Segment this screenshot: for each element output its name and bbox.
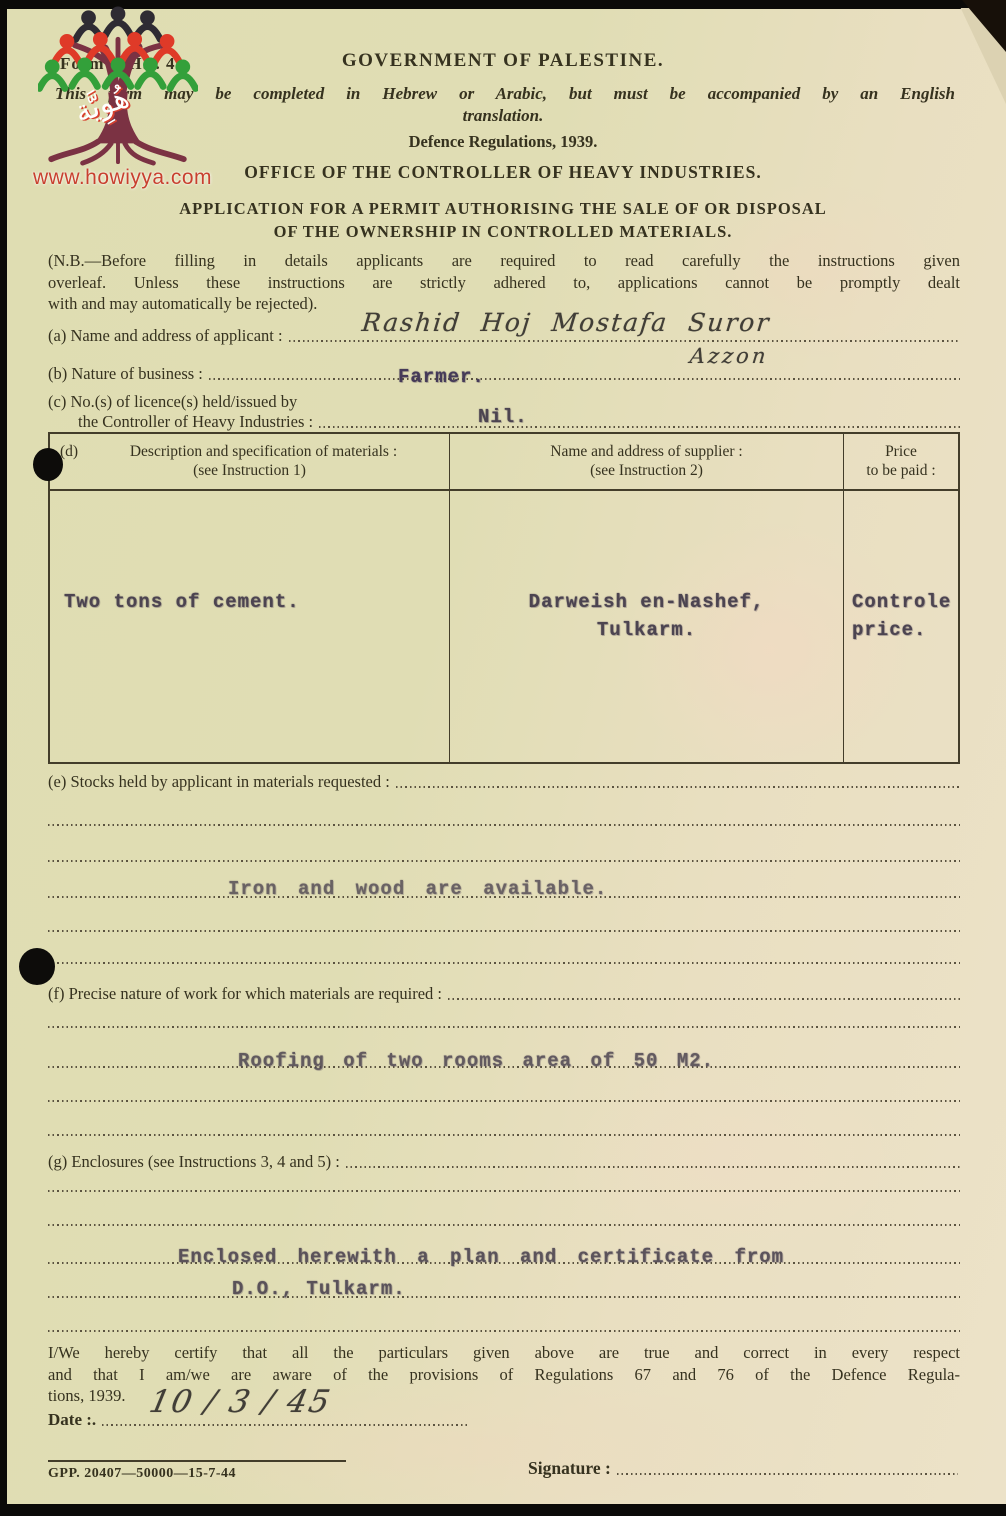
dotted-leader [319, 425, 960, 428]
business-typed: Farmer. [398, 366, 485, 388]
section-e-row: (e) Stocks held by applicant in material… [48, 772, 960, 792]
nb-paragraph: (N.B.—Before filling in details applican… [48, 250, 960, 315]
dotted-leader [209, 377, 960, 380]
price-typed-line2: price. [852, 619, 926, 641]
field-c-label-line1: (c) No.(s) of licence(s) held/issued by [48, 392, 297, 412]
table-cell-materials: Two tons of cement. [50, 491, 449, 762]
nb-line: (N.B.—Before filling in details applican… [48, 250, 960, 272]
section-e-label: (e) Stocks held by applicant in material… [48, 772, 390, 792]
field-c-label-line2: the Controller of Heavy Industries : [78, 412, 313, 432]
enclosures-typed-line2: D.O., Tulkarm. [232, 1278, 406, 1300]
dotted-line [48, 860, 960, 862]
licence-typed: Nil. [478, 406, 528, 428]
dotted-line [48, 824, 960, 826]
section-f-row: (f) Precise nature of work for which mat… [48, 984, 960, 1004]
scanned-document-page: Form C.H.I. 4. GOVERNMENT OF PALESTINE. … [0, 0, 1006, 1516]
applicant-name-handwritten: Rashid Hoj Mostafa Suror [360, 308, 772, 337]
dotted-leader [289, 339, 960, 342]
header-line: to be paid : [844, 461, 958, 480]
dotted-line [48, 1190, 960, 1192]
dotted-line [48, 930, 960, 932]
section-g-row: (g) Enclosures (see Instructions 3, 4 an… [48, 1152, 960, 1172]
supplier-typed-line1: Darweish en-Nashef, [450, 591, 843, 613]
howiyya-tree-logo: هُوِيَّة هُوِيَّة [38, 4, 198, 166]
work-typed: Roofing of two rooms area of 50 M2. [238, 1050, 714, 1072]
dotted-leader [102, 1423, 468, 1426]
dotted-line [48, 1134, 960, 1136]
header-line: Description and specification of materia… [50, 442, 449, 461]
field-b-label: (b) Nature of business : [48, 364, 203, 384]
header-line: (see Instruction 2) [450, 461, 843, 480]
people-row-black [76, 7, 160, 39]
signature-label: Signature : [528, 1458, 611, 1479]
nb-line: overleaf. Unless these instructions are … [48, 272, 960, 294]
stocks-typed: Iron and wood are available. [228, 878, 607, 900]
dotted-line [48, 1026, 960, 1028]
watermark-url: www.howiyya.com [33, 166, 212, 190]
printer-imprint: GPP. 20407—50000—15-7-44 [48, 1466, 236, 1482]
certification-line: I/We hereby certify that all the particu… [48, 1342, 960, 1364]
scan-edge-bottom [0, 1504, 1006, 1516]
date-handwritten: 10 / 3 / 45 [146, 1384, 335, 1420]
dotted-line [48, 1330, 960, 1332]
dotted-line [48, 962, 960, 964]
table-cell-price: Controle price. [843, 491, 958, 762]
d-marker: (d) [60, 442, 78, 461]
price-typed-line1: Controle [852, 591, 951, 613]
punch-hole [19, 948, 55, 985]
materials-typed: Two tons of cement. [64, 591, 300, 613]
field-a-label: (a) Name and address of applicant : [48, 326, 283, 346]
dotted-leader [346, 1165, 960, 1168]
dotted-leader [396, 785, 960, 788]
date-label: Date :. [48, 1410, 96, 1430]
imprint-rule [48, 1460, 346, 1462]
section-f-label: (f) Precise nature of work for which mat… [48, 984, 442, 1004]
header-line: (see Instruction 1) [50, 461, 449, 480]
signature-row: Signature : [528, 1458, 958, 1479]
table-header-supplier: Name and address of supplier : (see Inst… [449, 434, 843, 491]
table-header-materials: (d) Description and specification of mat… [50, 434, 449, 491]
enclosures-typed-line1: Enclosed herewith a plan and certificate… [178, 1246, 784, 1268]
header-line: Name and address of supplier : [450, 442, 843, 461]
dotted-leader [448, 997, 960, 1000]
dotted-leader [617, 1472, 958, 1475]
table-header-price: Price to be paid : [843, 434, 958, 491]
supplier-typed-line2: Tulkarm. [450, 619, 843, 641]
certification-line: and that I am/we are aware of the provis… [48, 1364, 960, 1386]
table-cell-supplier: Darweish en-Nashef, Tulkarm. [449, 491, 843, 762]
header-line: Price [844, 442, 958, 461]
application-title-line1: APPLICATION FOR A PERMIT AUTHORISING THE… [0, 199, 1006, 219]
section-g-label: (g) Enclosures (see Instructions 3, 4 an… [48, 1152, 340, 1172]
applicant-town-handwritten: Azzon [689, 344, 770, 368]
dotted-line [48, 1224, 960, 1226]
application-title-line2: OF THE OWNERSHIP IN CONTROLLED MATERIALS… [0, 222, 1006, 242]
dotted-line [48, 1100, 960, 1102]
field-b-row: (b) Nature of business : [48, 364, 960, 384]
dotted-line [48, 1296, 960, 1298]
punch-hole [33, 448, 63, 481]
materials-table: (d) Description and specification of mat… [48, 432, 960, 764]
scan-edge-left [0, 0, 7, 1516]
